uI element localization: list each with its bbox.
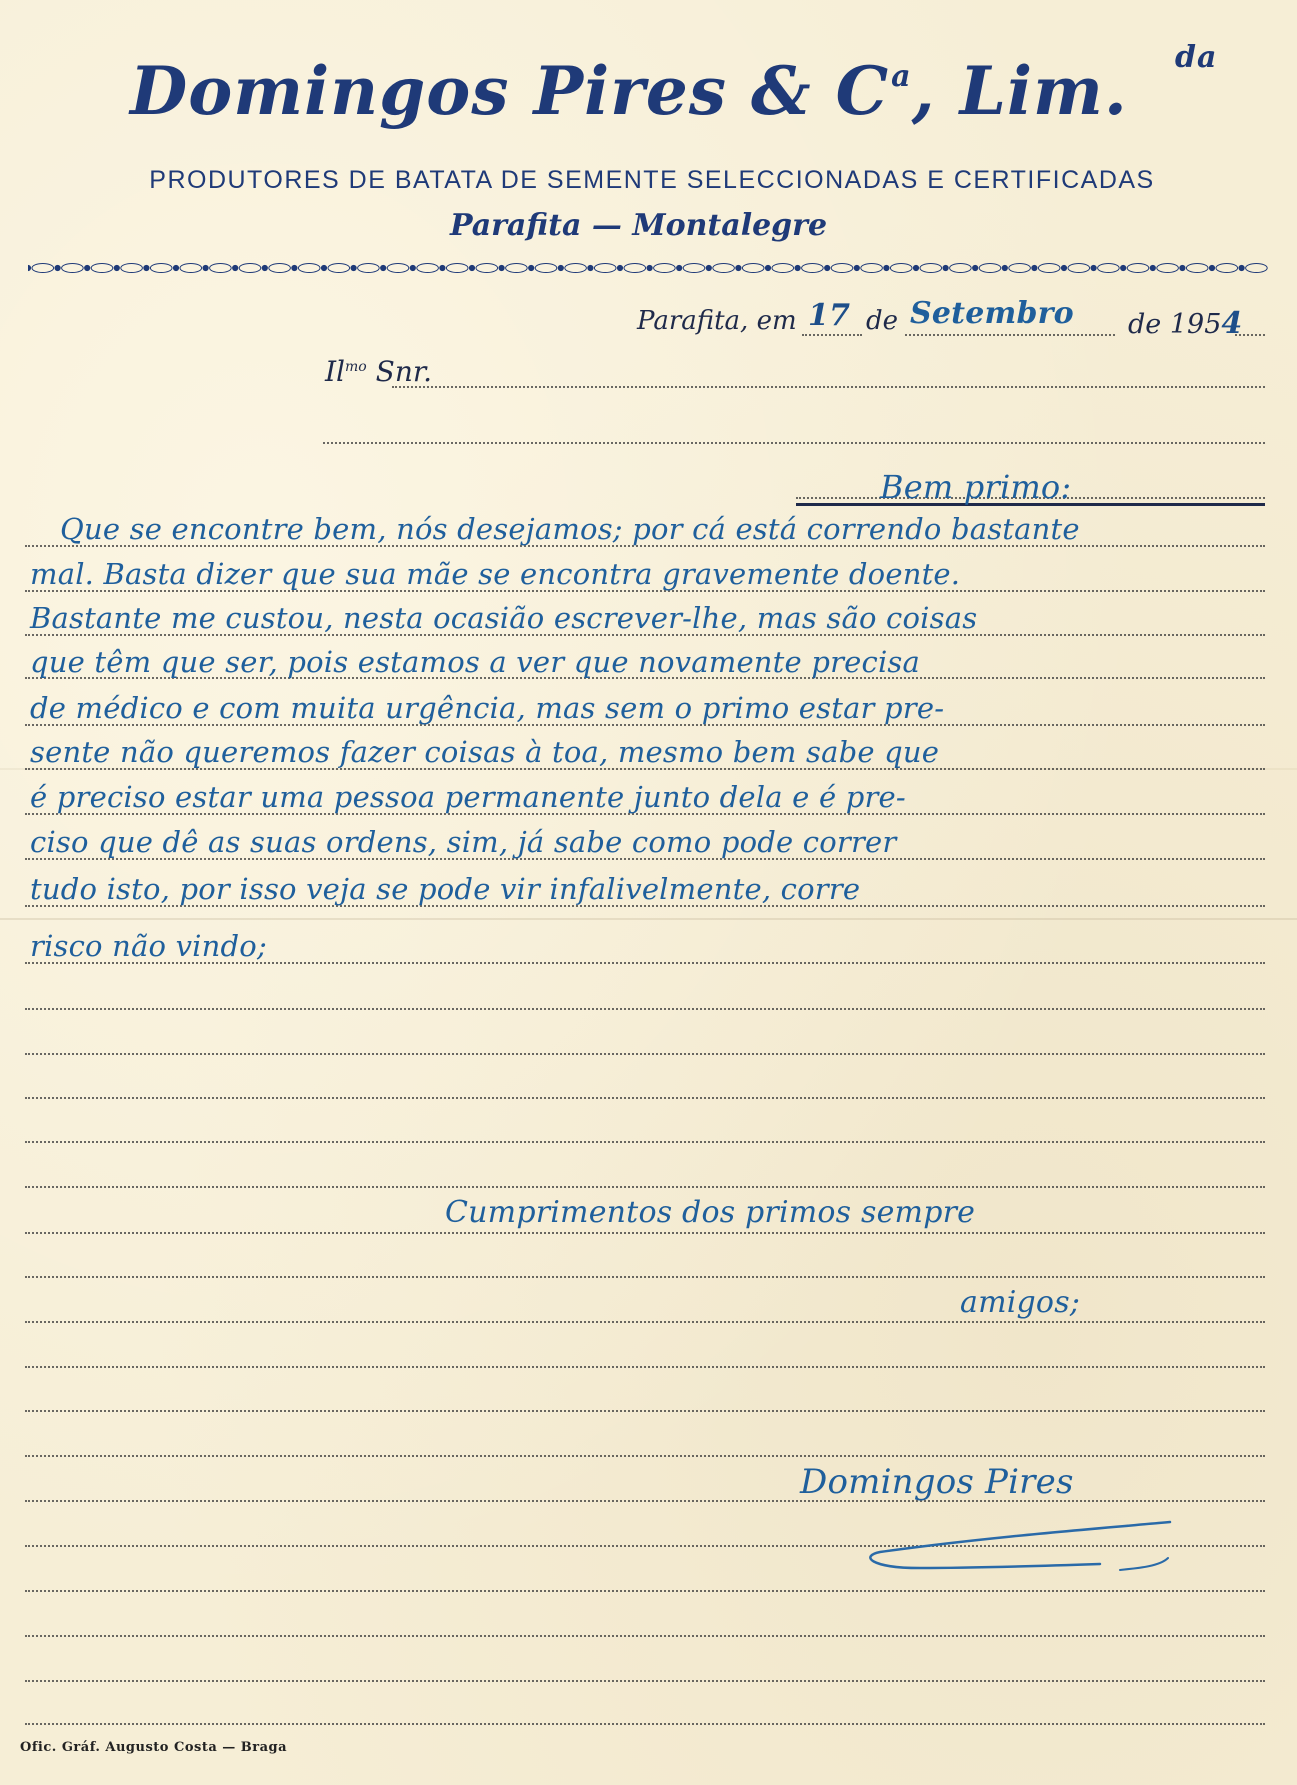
body-line: Bastante me custou, nesta ocasião escrev… (30, 601, 977, 635)
body-line: sente não queremos fazer coisas à toa, m… (30, 735, 939, 769)
year-field-line (1235, 334, 1265, 336)
addressee-label: Ilmo Snr. (325, 355, 432, 388)
ruled-line (25, 1186, 1265, 1188)
ruled-line (25, 1635, 1265, 1637)
ruled-line (25, 1321, 1265, 1323)
ruled-line (25, 1680, 1265, 1682)
company-location: Parafita — Montalegre (0, 208, 1287, 243)
address-field-line (323, 442, 1265, 444)
addressee-field-line (392, 386, 1265, 388)
company-tagline: PRODUTORES DE BATATA DE SEMENTE SELECCIO… (32, 166, 1272, 195)
ruled-line (25, 1141, 1265, 1143)
body-line: que têm que ser, pois estamos a ver que … (30, 645, 920, 679)
company-name: Domingos Pires & Ca, Lim. da (130, 52, 1270, 130)
dateline-de: de (866, 306, 898, 336)
day-field-line (802, 334, 862, 336)
month-field: Setembro (910, 296, 1074, 331)
body-line: de médico e com muita urgência, mas sem … (30, 691, 944, 725)
body-line: Que se encontre bem, nós desejamos; por … (60, 512, 1080, 546)
paper-fold-crease (0, 918, 1297, 920)
signature: Domingos Pires (800, 1462, 1074, 1502)
ruled-line (25, 1723, 1265, 1725)
ruled-line (25, 1008, 1265, 1010)
body-line: é preciso estar uma pessoa permanente ju… (30, 780, 906, 814)
day-field: 17 (808, 298, 850, 333)
ruled-line (25, 1276, 1265, 1278)
body-line: ciso que dê as suas ordens, sim, já sabe… (30, 825, 896, 859)
dateline-prefix: Parafita, em (637, 306, 797, 336)
printer-imprint: Ofic. Gráf. Augusto Costa — Braga (20, 1740, 287, 1755)
ruled-line (25, 1590, 1265, 1592)
ruled-line (25, 1455, 1265, 1457)
ruled-line (25, 1232, 1265, 1234)
body-line: tudo isto, por isso veja se pode vir inf… (30, 872, 860, 906)
year-prefix: de 1954 (1128, 306, 1242, 341)
body-line: risco não vindo; (30, 929, 267, 963)
ornamental-divider-icon (28, 262, 1272, 274)
ruled-line (25, 1053, 1265, 1055)
month-field-line (905, 334, 1115, 336)
body-line: mal. Basta dizer que sua mãe se encontra… (30, 557, 960, 591)
signature-flourish-icon (860, 1510, 1200, 1580)
ruled-line (25, 1097, 1265, 1099)
closing-line: amigos; (960, 1285, 1080, 1320)
ruled-line (25, 1410, 1265, 1412)
ruled-line (25, 1500, 1265, 1502)
ruled-line (25, 1366, 1265, 1368)
salutation: Bem primo: (880, 468, 1071, 506)
closing-line: Cumprimentos dos primos sempre (445, 1195, 975, 1230)
